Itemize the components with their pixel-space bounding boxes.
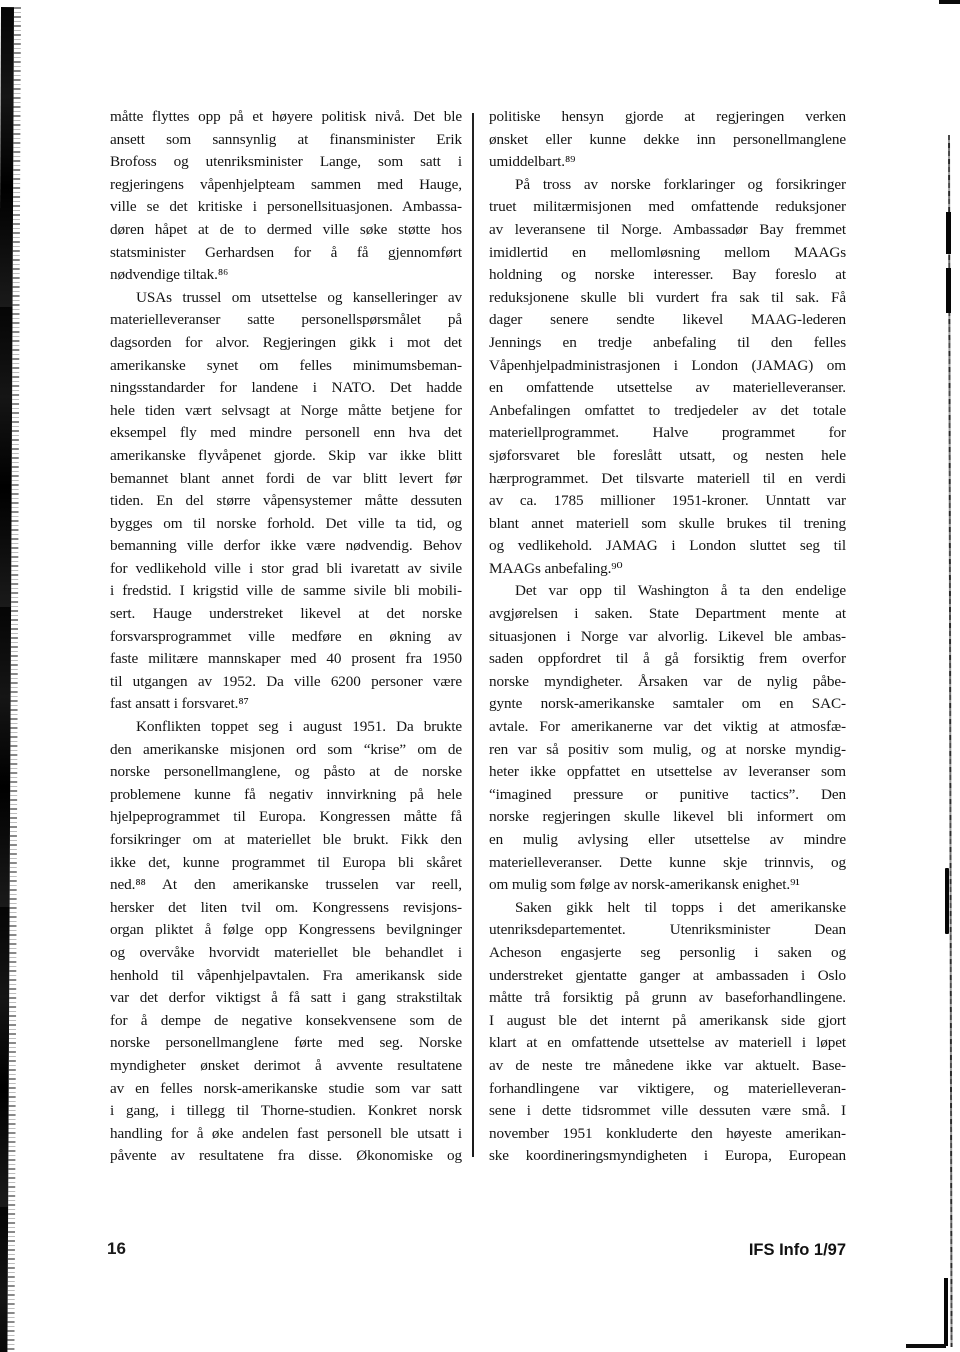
- text-line: imidlertid en mellomløsning mellom MAAGs: [489, 242, 846, 265]
- text-line: nødvendige tiltak.⁸⁶: [110, 264, 462, 287]
- text-line: amerikanske synet om felles minimumsbema…: [110, 355, 462, 378]
- text-line: ikke det, kunne programmet til Europa bl…: [110, 852, 462, 875]
- text-line: norske myndigheter. Årsaken var de nylig…: [489, 671, 846, 694]
- text-line: sene i dette tidsrommet ville dessuten v…: [489, 1100, 846, 1123]
- text-line: situasjonen i Norge var alvorlig. Likeve…: [489, 626, 846, 649]
- scan-edge-mark-right: [946, 212, 951, 254]
- scan-edge-mark-right: [945, 868, 949, 934]
- text-line: holdning og norske interesser. Bay fores…: [489, 264, 846, 287]
- text-line: norske personellmanglene, og påsto at de…: [110, 761, 462, 784]
- text-line: statsminister Gerhardsen for å få gjenno…: [110, 242, 462, 265]
- text-line: materiellprogrammet. Halve programmet fo…: [489, 422, 846, 445]
- text-line: organ pliktet å følge opp Kongressens be…: [110, 919, 462, 942]
- text-line: måtte trå forsiktig på grunn av baseforh…: [489, 987, 846, 1010]
- text-line: regjeringens våpenhjelpteam sammen med H…: [110, 174, 462, 197]
- text-line: sert. Hauge understreket likevel at det …: [110, 603, 462, 626]
- text-line: ningsstandarder for landene i NATO. Det …: [110, 377, 462, 400]
- text-line: gynte norsk-amerikanske samtaler om en S…: [489, 693, 846, 716]
- text-line: problemene kunne få negativ innvirkning …: [110, 784, 462, 807]
- text-line: ønsket eller kunne dekke inn personellma…: [489, 129, 846, 152]
- text-line: dager senere sendte likevel MAAG-lederen: [489, 309, 846, 332]
- text-line: i fredstid. I krigstid ville de samme si…: [110, 580, 462, 603]
- text-line: hærprogrammet. Det tilsvarte materiell t…: [489, 468, 846, 491]
- publication-title: IFS Info 1/97: [640, 1241, 846, 1260]
- text-line: november 1951 konkluderte den høyeste am…: [489, 1123, 846, 1146]
- text-line: for å dempe de negative konsekvensene so…: [110, 1010, 462, 1033]
- text-line: amerikanske flyvåpenet gjorde. Skip var …: [110, 445, 462, 468]
- text-line: materielleveranser satte personellspørsm…: [110, 309, 462, 332]
- text-line: Det var opp til Washington å ta den ende…: [489, 580, 846, 603]
- text-line: og vedlikehold. JAMAG i London sluttet s…: [489, 535, 846, 558]
- scan-edge-line-right: [948, 135, 953, 1347]
- text-line: USAs trussel om utsettelse og kanselleri…: [110, 287, 462, 310]
- scanned-document-page: måtte flyttes opp på et høyere politisk …: [0, 0, 960, 1352]
- text-line: politiske hensyn gjorde at regjeringen v…: [489, 106, 846, 129]
- text-line: tiden. En del større våpensystemer måtte…: [110, 490, 462, 513]
- text-line: Anbefalingen omfattet to tredjedeler av …: [489, 400, 846, 423]
- text-line: blant annet materiell som skulle brukes …: [489, 513, 846, 536]
- text-line: ville se det kritiske i personellsituasj…: [110, 196, 462, 219]
- scan-edge-mark-right: [946, 268, 951, 313]
- text-line: MAAGs anbefaling.⁹⁰: [489, 558, 846, 581]
- text-line: påvente av resultatene fra disse. Økonom…: [110, 1145, 462, 1168]
- scan-mark-bottom-right: [906, 1344, 946, 1348]
- text-line: bemannet blant annet fordi de var blitt …: [110, 468, 462, 491]
- text-line: av leveransene til Norge. Ambassadør Bay…: [489, 219, 846, 242]
- text-line: handling for å øke andelen fast personel…: [110, 1123, 462, 1146]
- text-line: understreket gjentatte ganger at ambassa…: [489, 965, 846, 988]
- text-line: måtte flyttes opp på et høyere politisk …: [110, 106, 462, 129]
- text-line: forsikringer om at materiellet ble brukt…: [110, 829, 462, 852]
- text-line: norske personellmanglene førte med seg. …: [110, 1032, 462, 1055]
- text-line: av ca. 1785 millioner 1951-kroner. Unnta…: [489, 490, 846, 513]
- text-column-right: politiske hensyn gjorde at regjeringen v…: [489, 106, 846, 1168]
- text-line: ske koordineringsmyndigheten i Europa, E…: [489, 1145, 846, 1168]
- text-line: myndigheter ønsket derimot å avvente res…: [110, 1055, 462, 1078]
- text-line: I august ble det internt på amerikansk s…: [489, 1010, 846, 1033]
- text-line: Våpenhjelpadministrasjonen i London (JAM…: [489, 355, 846, 378]
- text-line: henhold til våpenhjelpavtalen. Fra ameri…: [110, 965, 462, 988]
- text-line: avtale. For amerikanerne var det viktig …: [489, 716, 846, 739]
- scan-edge-mark-right: [944, 1278, 948, 1346]
- text-line: Saken gikk helt til topps i det amerikan…: [489, 897, 846, 920]
- text-line: norske regjeringen skulle likevel bli in…: [489, 806, 846, 829]
- scan-corner-mark-top-right: [939, 0, 960, 4]
- text-line: hersker det liten tvil om. Kongressens r…: [110, 897, 462, 920]
- text-line: faste militære mannskaper med 40 prosent…: [110, 648, 462, 671]
- text-line: ansett som sannsynlig at finansminister …: [110, 129, 462, 152]
- text-line: bygges om til norske forhold. Det ville …: [110, 513, 462, 536]
- text-line: På tross av norske forklaringer og forsi…: [489, 174, 846, 197]
- text-line: den amerikanske misjonen ord som “krise”…: [110, 739, 462, 762]
- text-line: materielleveranser. Dette kunne skje tri…: [489, 852, 846, 875]
- text-line: Brofoss og utenriksminister Lange, som s…: [110, 151, 462, 174]
- text-line: en mulig avlysing eller utsettelse av mi…: [489, 829, 846, 852]
- text-line: hele tiden vært selvsagt at Norge måtte …: [110, 400, 462, 423]
- column-divider-rule: [472, 113, 474, 1157]
- text-line: var det derfor viktigst å få satt i gang…: [110, 987, 462, 1010]
- text-line: sjøforsvaret ble foreslått utsatt, og ne…: [489, 445, 846, 468]
- text-line: og overvåke hvorvidt materiellet ble beh…: [110, 942, 462, 965]
- text-line: umiddelbart.⁸⁹: [489, 151, 846, 174]
- text-line: truet militærmisjonen med omfattende red…: [489, 196, 846, 219]
- text-line: heter ikke oppfattet en utsettelse av le…: [489, 761, 846, 784]
- text-line: til utgangen av 1952. Da ville 6200 pers…: [110, 671, 462, 694]
- text-line: av de neste tre månedene ikke var aktuel…: [489, 1055, 846, 1078]
- text-line: fast ansatt i forsvaret.⁸⁷: [110, 693, 462, 716]
- text-line: bemanning ville derfor ikke være nødvend…: [110, 535, 462, 558]
- text-line: for vedlikehold ville i stor grad bli iv…: [110, 558, 462, 581]
- text-line: saden oppfordret til å gå forsiktig frem…: [489, 648, 846, 671]
- text-line: døren håpet at de to dermed ville søke s…: [110, 219, 462, 242]
- text-line: dagsorden for alvor. Regjeringen gikk i …: [110, 332, 462, 355]
- text-line: ren var så positiv som mulig, og at nors…: [489, 739, 846, 762]
- text-line: forsvarsprogrammet ville medføre en økni…: [110, 626, 462, 649]
- text-line: Jennings en tredje anbefaling til den fe…: [489, 332, 846, 355]
- text-line: forhandlingene var viktigere, og materie…: [489, 1078, 846, 1101]
- text-line: en omfattende utsettelse av materielleve…: [489, 377, 846, 400]
- text-line: klart at en omfattende utsettelse av mat…: [489, 1032, 846, 1055]
- text-line: eksempel fly med mindre personell enn hv…: [110, 422, 462, 445]
- text-line: ned.⁸⁸ At den amerikanske trusselen var …: [110, 874, 462, 897]
- text-line: om mulig som følge av norsk-amerikansk e…: [489, 874, 846, 897]
- text-line: Konflikten toppet seg i august 1951. Da …: [110, 716, 462, 739]
- text-line: hjelpeprogrammet til Europa. Kongressen …: [110, 806, 462, 829]
- text-column-left: måtte flyttes opp på et høyere politisk …: [110, 106, 462, 1168]
- text-line: utenriksdepartementet. Utenriksminister …: [489, 919, 846, 942]
- text-line: reduksjonene skulle bli vurdert fra sak …: [489, 287, 846, 310]
- text-line: av en felles norsk-amerikanske studie so…: [110, 1078, 462, 1101]
- text-line: Acheson engasjerte seg personlig i saken…: [489, 942, 846, 965]
- text-line: i gang, i tillegg til Thorne-studien. Ko…: [110, 1100, 462, 1123]
- text-line: “imagined pressure or punitive tactics”.…: [489, 784, 846, 807]
- text-line: avgjørelsen i saken. State Department me…: [489, 603, 846, 626]
- page-number: 16: [107, 1239, 126, 1259]
